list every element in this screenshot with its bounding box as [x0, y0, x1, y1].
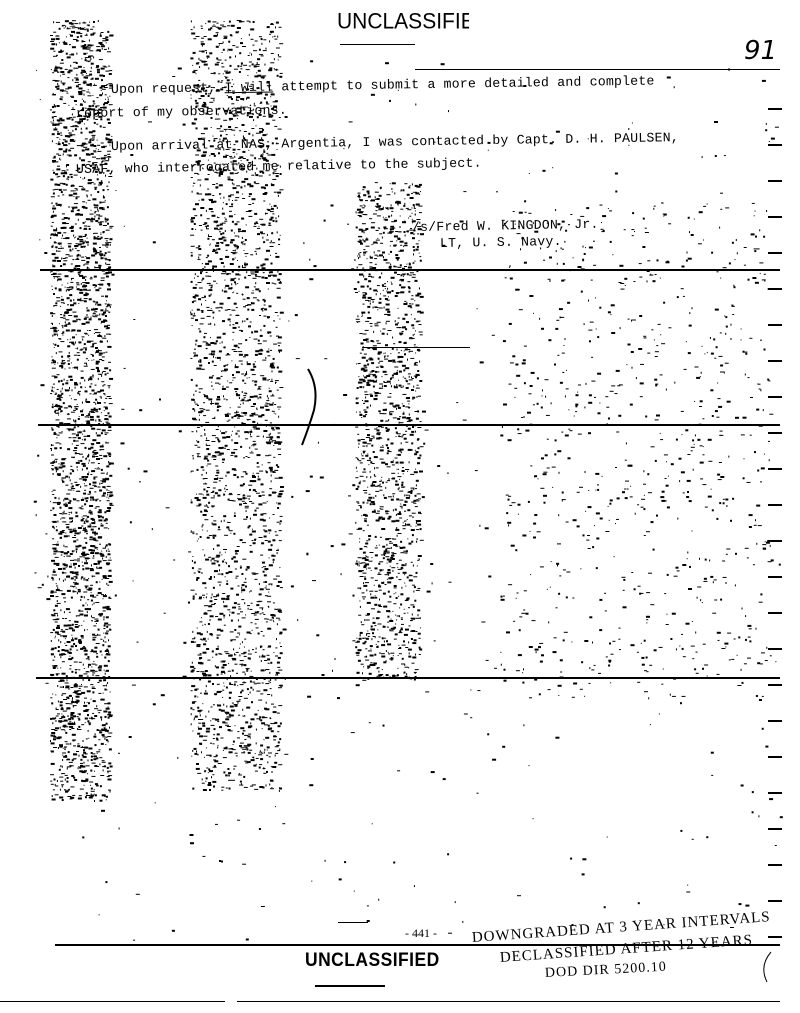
horizontal-rule-2	[38, 424, 780, 426]
short-rule	[362, 347, 470, 348]
margin-tick	[768, 108, 782, 110]
page-number-rule	[338, 922, 368, 923]
margin-tick	[768, 756, 782, 758]
margin-tick	[768, 144, 782, 146]
paragraph-1-line-2: report of my observations.	[76, 102, 287, 122]
pen-mark	[295, 365, 325, 450]
margin-tick	[768, 432, 782, 434]
downgrade-line-3: DOD DIR 5200.10	[545, 960, 668, 982]
margin-tick	[768, 864, 782, 866]
horizontal-rule-1	[40, 269, 780, 271]
margin-tick	[768, 648, 782, 650]
margin-tick	[768, 504, 782, 506]
footer-classification-stamp: UNCLASSIFIED	[305, 950, 440, 972]
margin-tick	[768, 468, 782, 470]
margin-tick	[768, 612, 782, 614]
paragraph-1-line-1: Upon request, I will attempt to submit a…	[111, 72, 655, 98]
margin-tick	[768, 900, 782, 902]
header-classification-stamp: UNCLASSIFIED	[337, 9, 469, 34]
margin-tick	[768, 684, 782, 686]
margin-tick	[768, 540, 782, 542]
header-rule	[415, 69, 780, 70]
page-number: - 441 -	[405, 926, 437, 941]
footer-stamp-underline	[315, 985, 385, 987]
margin-tick	[768, 360, 782, 362]
paragraph-2-line-1: Upon arrival at NAS, Argentia, I was con…	[111, 129, 679, 155]
horizontal-rule-3	[36, 677, 780, 679]
signature-rank: LT, U. S. Navy.	[440, 233, 562, 252]
margin-tick	[768, 828, 782, 830]
handwritten-page-annotation: 91	[744, 36, 777, 66]
margin-tick	[768, 180, 782, 182]
margin-tick	[768, 252, 782, 254]
margin-tick	[768, 216, 782, 218]
bottom-rule-right	[237, 1001, 780, 1002]
margin-tick	[768, 792, 782, 794]
margin-tick	[768, 396, 782, 398]
header-stamp-underline	[340, 44, 415, 45]
margin-bracket-mark	[755, 948, 780, 988]
margin-tick	[768, 720, 782, 722]
margin-tick	[768, 576, 782, 578]
underlined-phrase: I will	[224, 79, 273, 95]
margin-tick	[768, 288, 782, 290]
margin-tick	[768, 936, 782, 938]
bottom-rule-left	[0, 1001, 225, 1002]
paragraph-2-line-2: USAF, who interrogated me relative to th…	[76, 155, 482, 178]
margin-tick	[768, 324, 782, 326]
